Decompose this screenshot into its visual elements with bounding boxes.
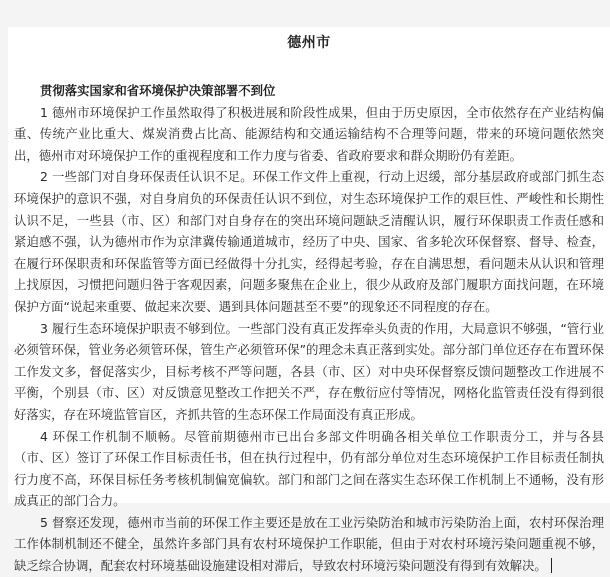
- paragraph-2: 2 一些部门对自身环保责任认识不足。环保工作文件上重视，行动上迟缓，部分基层政府…: [14, 166, 604, 317]
- document-body: 贯彻落实国家和省环境保护决策部署不到位 1 德州市环境保护工作虽然取得了积极进展…: [14, 80, 604, 503]
- paragraph-1: 1 德州市环境保护工作虽然取得了积极进展和阶段性成果，但由于历史原因，全市依然存…: [14, 102, 604, 167]
- section-heading: 贯彻落实国家和省环境保护决策部署不到位: [14, 80, 604, 102]
- document-page: 德州市 贯彻落实国家和省环境保护决策部署不到位 1 德州市环境保护工作虽然取得了…: [8, 27, 610, 503]
- paragraph-4: 4 环保工作机制不顺畅。尽管前期德州市已出台多部文件明确各相关单位工作职责分工，…: [14, 426, 604, 504]
- paragraph-3: 3 履行生态环境保护职责不够到位。一些部门没有真正发挥牵头负责的作用，大局意识不…: [14, 318, 604, 426]
- document-title: 德州市: [8, 32, 610, 52]
